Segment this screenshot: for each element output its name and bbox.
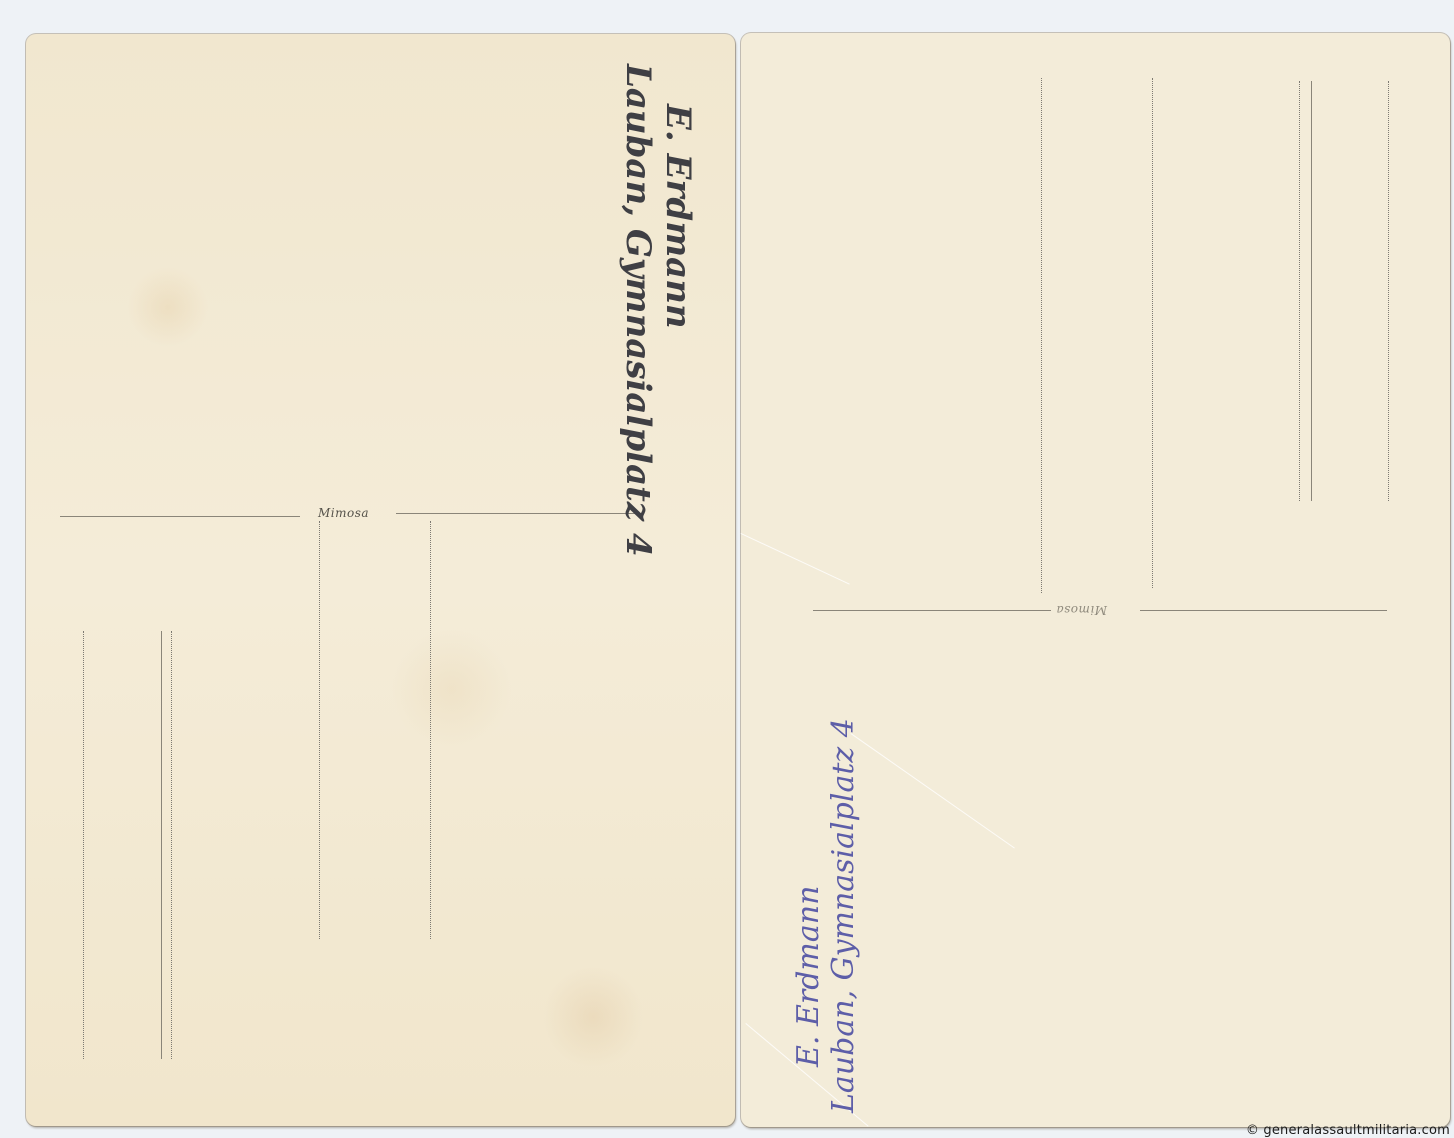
address-stamp: E. Erdmann Lauban, Gymnasialplatz 4 [618, 64, 698, 557]
address-line [1388, 81, 1389, 501]
watermark: © generalassaultmilitaria.com [1246, 1123, 1450, 1138]
publisher-mark: Mimosa [318, 506, 369, 520]
stamp-name: E. Erdmann [791, 718, 826, 1113]
stamp-address: Lauban, Gymnasialplatz 4 [618, 64, 658, 557]
address-line [161, 631, 162, 1059]
paper-crease [741, 533, 850, 585]
address-stamp: E. Erdmann Lauban, Gymnasialplatz 4 [791, 718, 861, 1113]
divider-line-left [813, 610, 1051, 611]
address-line [430, 521, 431, 939]
postcard-left: Mimosa E. Erdmann Lauban, Gymnasialplatz… [26, 34, 735, 1126]
address-line [1041, 78, 1042, 593]
divider-line-right [396, 513, 644, 514]
stamp-name: E. Erdmann [658, 64, 698, 557]
address-line [171, 631, 172, 1059]
address-line [1299, 81, 1300, 501]
divider-line-left [60, 516, 300, 517]
address-line [1311, 81, 1312, 501]
paper-crease [850, 733, 1014, 849]
stamp-address: Lauban, Gymnasialplatz 4 [826, 718, 861, 1113]
address-line [83, 631, 84, 1059]
publisher-mark: Mimosa [1056, 603, 1107, 617]
divider-line-right [1140, 610, 1387, 611]
address-line [319, 521, 320, 939]
address-line [1152, 78, 1153, 588]
postcard-right: Mimosa E. Erdmann Lauban, Gymnasialplatz… [741, 33, 1450, 1127]
